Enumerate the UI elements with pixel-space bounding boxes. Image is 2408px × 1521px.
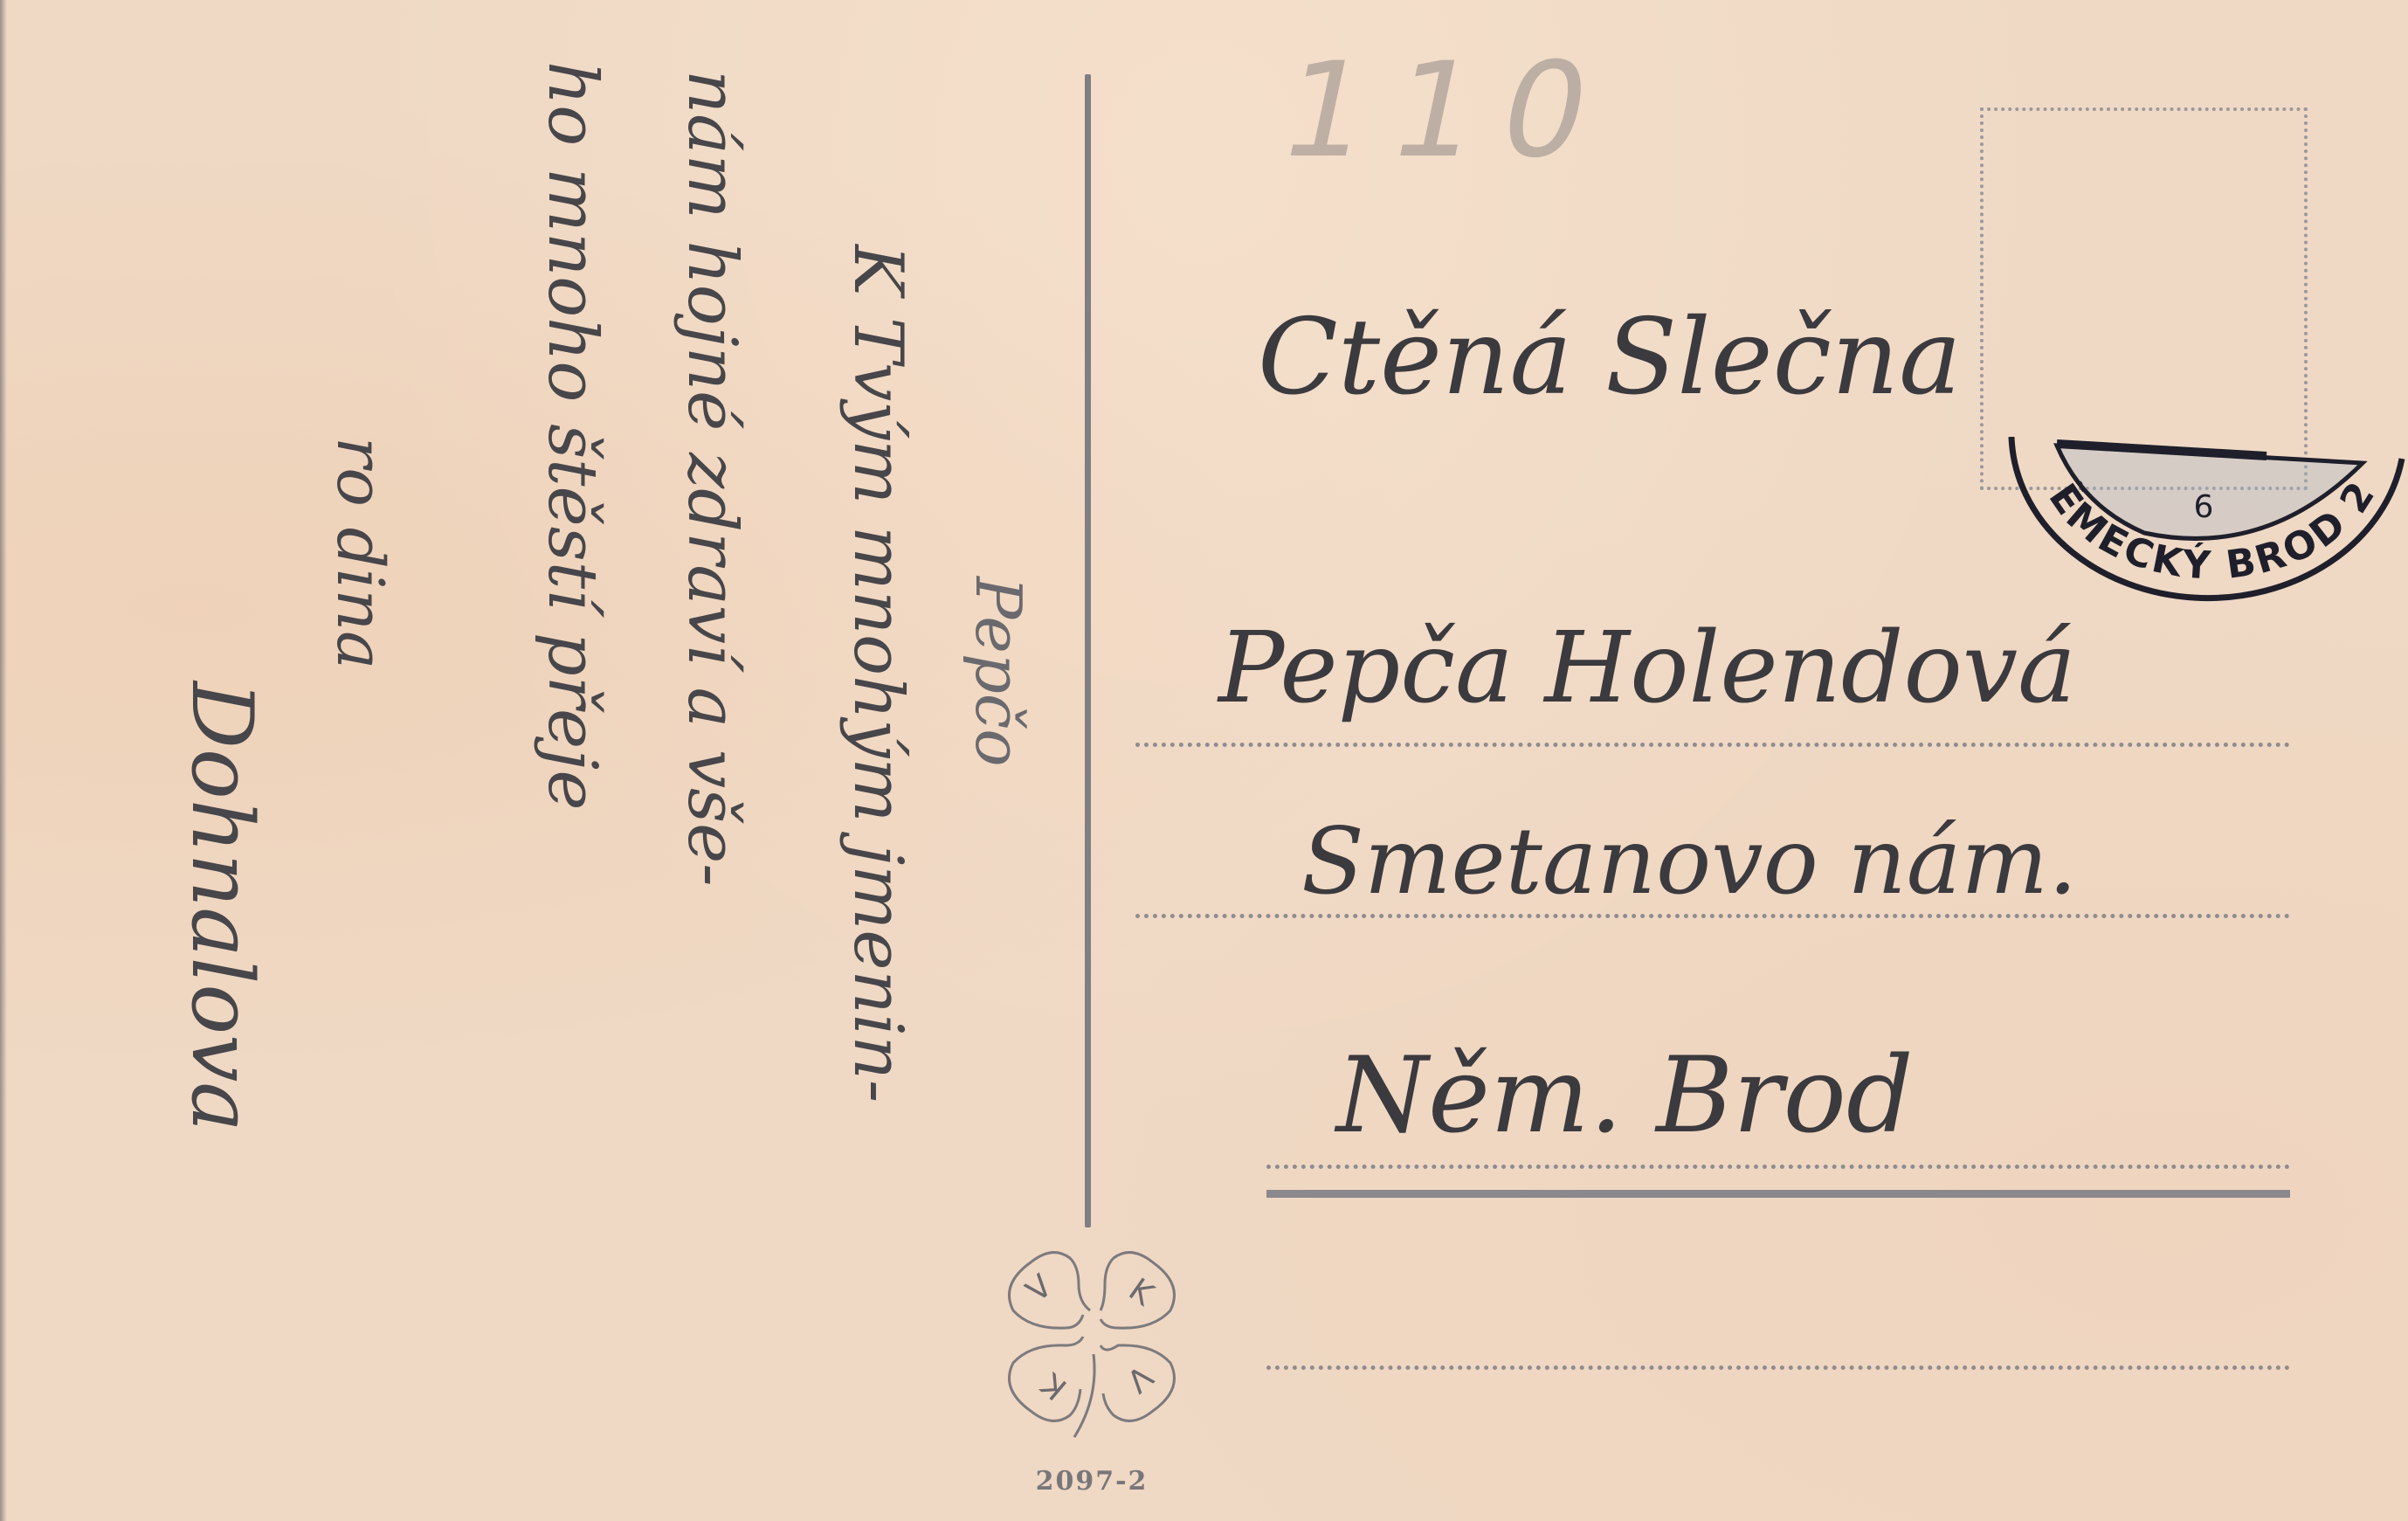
clover-logo-icon: V K K V: [996, 1232, 1188, 1441]
pencil-annotation: 110: [1268, 35, 1629, 187]
card-edge-shadow: [0, 0, 7, 1521]
message-line-1: K Tvým mnohým jmenin-: [838, 245, 917, 1103]
address-line-3: [1266, 1165, 2290, 1169]
stamp-box: [1980, 107, 2308, 490]
address-line-4: [1266, 1365, 2290, 1370]
message-line-2: nám hojné zdraví a vše-: [673, 70, 751, 887]
center-divider: [1085, 74, 1091, 1227]
svg-text:K: K: [1122, 1272, 1161, 1314]
address-line-1: [1135, 743, 2290, 747]
message-greeting: Pepčo: [962, 577, 1035, 767]
svg-text:V: V: [1019, 1268, 1059, 1309]
postmark-icon: 6 ĚMECKÝ BROD 2: [2004, 437, 2406, 629]
svg-text:6: 6: [2194, 489, 2214, 525]
address-line-2: [1135, 914, 2290, 918]
svg-text:K: K: [1034, 1365, 1074, 1406]
series-number: 2097-2: [1022, 1466, 1162, 1497]
address-line-solid: [1266, 1190, 2290, 1198]
message-closing: ro dina: [322, 437, 397, 669]
svg-text:V: V: [1119, 1358, 1159, 1399]
postcard-back: 110 6 ĚMECKÝ BROD 2 Ctěná Slečna Pepča H…: [0, 0, 2408, 1521]
address-name: Pepča Holendová: [1218, 612, 2076, 725]
address-street: Smetanovo nám.: [1301, 808, 2077, 915]
message-signature: Dohnalova: [173, 681, 271, 1132]
address-salutation: Ctěná Slečna: [1258, 297, 1962, 418]
message-line-3: ho mnoho štěstí přeje: [533, 61, 611, 811]
address-city: Něm. Brod: [1336, 1035, 1914, 1157]
